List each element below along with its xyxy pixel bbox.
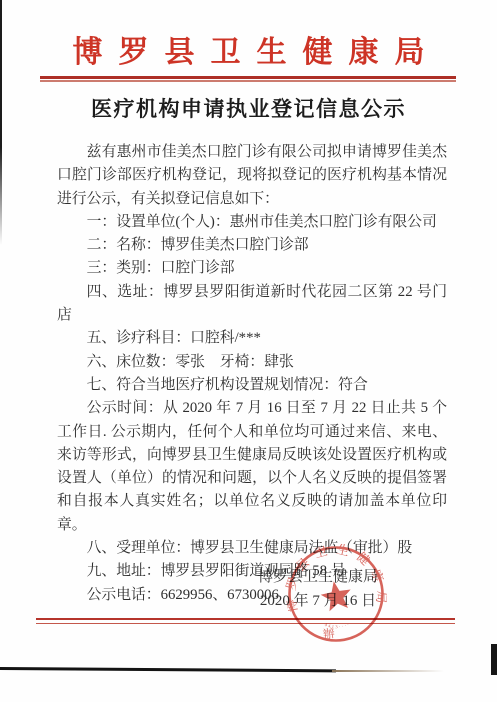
scan-edge-bottom (0, 667, 336, 672)
registration-item-beds: 六、床位数：零张 牙椅：肆张 (57, 351, 447, 374)
registration-item-planning: 七、符合当地医疗机构设置规划情况：符合 (57, 374, 447, 397)
notice-paragraph: 公示时间：从 2020 年 7 月 16 日至 7 月 22 日止共 5 个工作… (57, 397, 447, 537)
document-title: 医疗机构申请执业登记信息公示 (0, 93, 497, 123)
intro-paragraph: 兹有惠州市佳美杰口腔门诊有限公司拟申请博罗佳美杰口腔门诊部医疗机构登记，现将拟登… (57, 141, 447, 211)
document-page: 博罗县卫生健康局 医疗机构申请执业登记信息公示 兹有惠州市佳美杰口腔门诊有限公司… (0, 0, 497, 702)
registration-item-subjects: 五、诊疗科目：口腔科/*** (57, 327, 447, 350)
official-seal: 博罗县卫生健康局 辦 4413···· (278, 536, 394, 652)
letterhead-rule (40, 76, 456, 82)
document-body: 兹有惠州市佳美杰口腔门诊有限公司拟申请博罗佳美杰口腔门诊部医疗机构登记，现将拟登… (57, 141, 447, 607)
seal-star-icon (319, 579, 354, 613)
registration-item-setup-unit: 一：设置单位(个人)：惠州市佳美杰口腔门诊有限公司 (57, 211, 447, 234)
bottom-rule (36, 618, 455, 624)
issuing-org-title: 博罗县卫生健康局 (0, 27, 497, 71)
registration-item-name: 二：名称：博罗佳美杰口腔门诊部 (57, 234, 447, 257)
scan-edge-bottom-tail (332, 670, 444, 672)
registration-item-accepting-unit: 八、受理单位：博罗县卫生健康局法监（审批）股 (57, 537, 447, 560)
registration-item-category: 三：类别：口腔门诊部 (57, 257, 447, 280)
scan-edge-right (491, 644, 497, 675)
registration-item-address: 四、选址：博罗县罗阳街道新时代花园二区第 22 号门店 (57, 281, 447, 328)
